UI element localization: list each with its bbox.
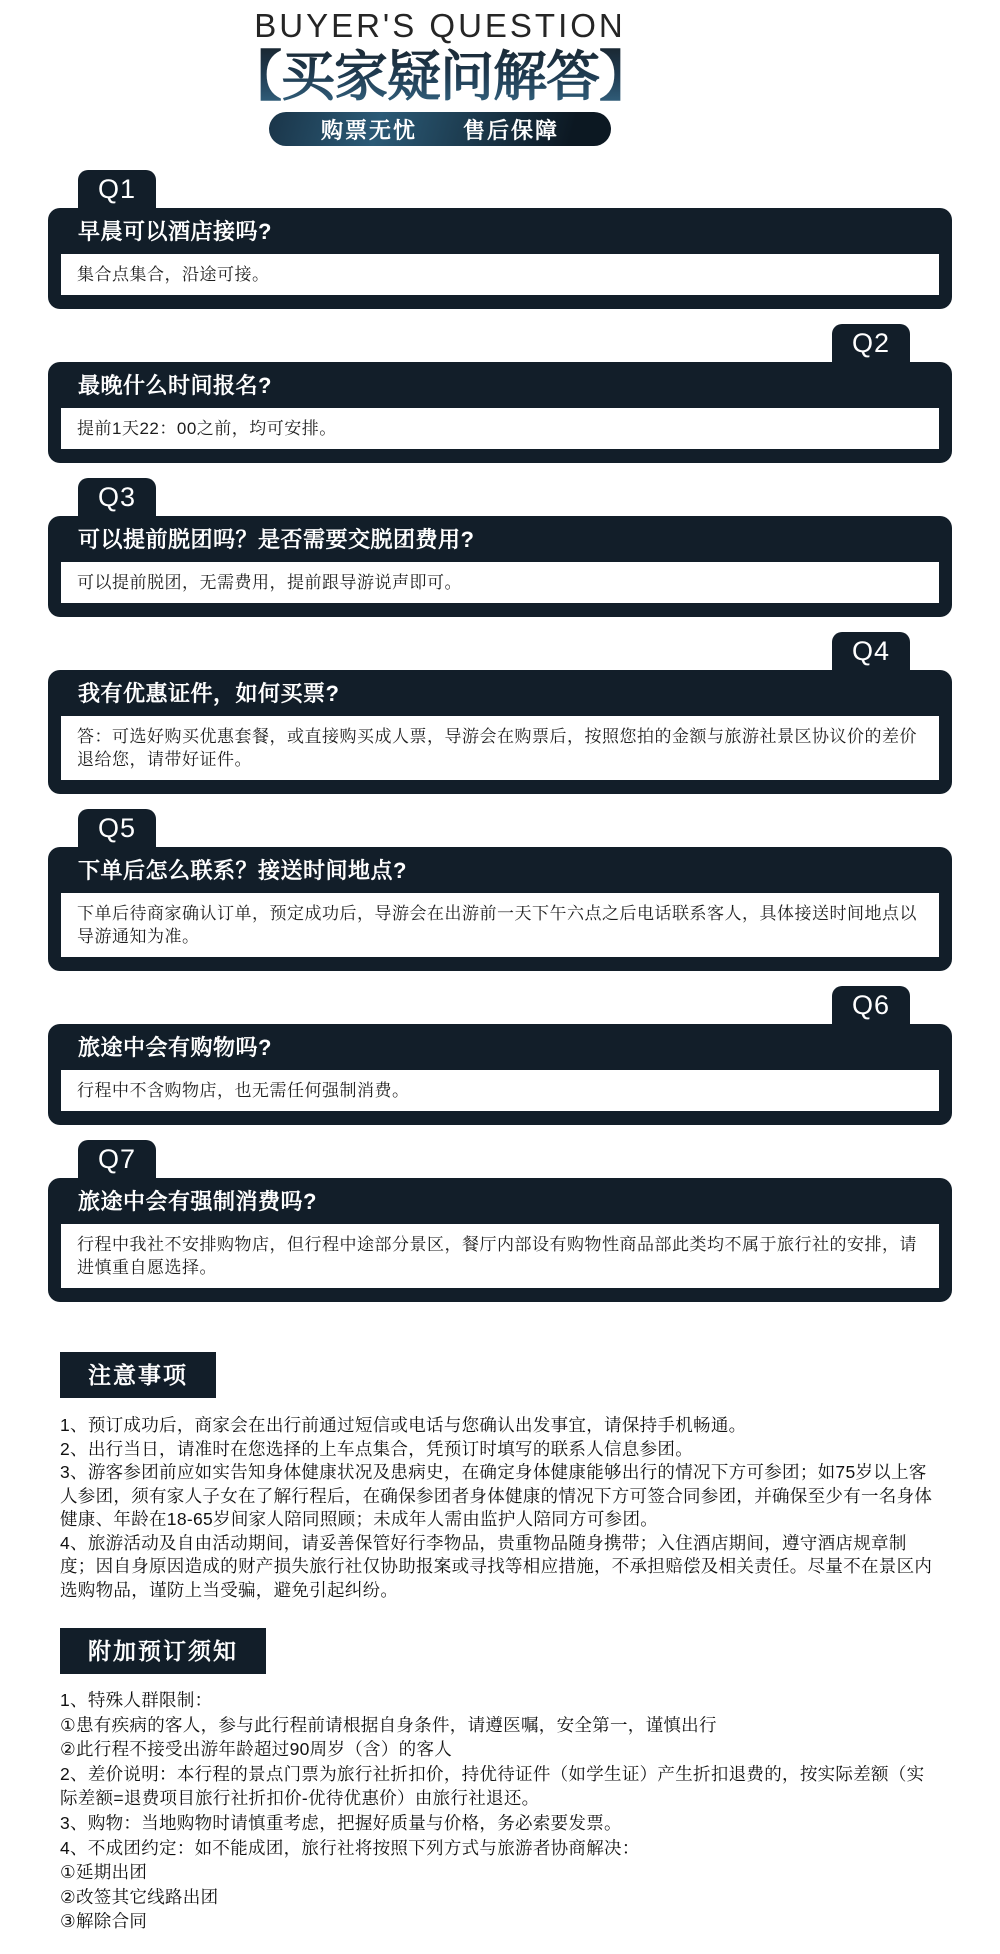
notice-item: 1、预订成功后，商家会在出行前通过短信或电话与您确认出发事宜，请保持手机畅通。: [60, 1414, 940, 1438]
booking-item: 2、差价说明：本行程的景点门票为旅行社折扣价，持优待证件（如学生证）产生折扣退费…: [60, 1762, 940, 1811]
q1-answer-text: 集合点集合，沿途可接。: [77, 263, 923, 286]
notice-title: 注意事项: [88, 1362, 188, 1388]
q6-panel: 旅途中会有购物吗? 行程中不含购物店，也无需任何强制消费。: [48, 1024, 952, 1125]
q2-answer-panel: 提前1天22：00之前，均可安排。: [61, 408, 939, 449]
header-subtitle: BUYER'S QUESTION: [0, 6, 880, 46]
q1-tab-label: Q1: [98, 174, 136, 205]
booking-item: 3、购物：当地购物时请慎重考虑，把握好质量与价格，务必索要发票。: [60, 1811, 940, 1836]
booking-item: ①延期出团: [60, 1860, 940, 1885]
q2-answer-text: 提前1天22：00之前，均可安排。: [77, 417, 923, 440]
q7-answer-panel: 行程中我社不安排购物店，但行程中途部分景区，餐厅内部设有购物性商品部此类均不属于…: [61, 1224, 939, 1288]
qa-block-q5: Q5 下单后怎么联系？接送时间地点? 下单后待商家确认订单，预定成功后，导游会在…: [48, 809, 952, 971]
guarantee-pill: 购票无忧 售后保障: [269, 112, 611, 146]
q3-tab: Q3: [78, 478, 156, 516]
q2-question: 最晚什么时间报名?: [61, 362, 939, 408]
qa-block-q1: Q1 早晨可以酒店接吗? 集合点集合，沿途可接。: [48, 170, 952, 309]
q6-tab: Q6: [832, 986, 910, 1024]
q1-panel: 早晨可以酒店接吗? 集合点集合，沿途可接。: [48, 208, 952, 309]
q7-answer-text: 行程中我社不安排购物店，但行程中途部分景区，餐厅内部设有购物性商品部此类均不属于…: [77, 1233, 923, 1279]
notice-badge: 注意事项: [60, 1352, 216, 1398]
q7-question: 旅途中会有强制消费吗?: [61, 1178, 939, 1224]
q5-answer-text: 下单后待商家确认订单，预定成功后，导游会在出游前一天下午六点之后电话联系客人，具…: [77, 902, 923, 948]
q3-panel: 可以提前脱团吗？是否需要交脱团费用? 可以提前脱团，无需费用，提前跟导游说声即可…: [48, 516, 952, 617]
q5-tab-label: Q5: [98, 813, 136, 844]
q4-panel: 我有优惠证件，如何买票? 答：可选好购买优惠套餐，或直接购买成人票，导游会在购票…: [48, 670, 952, 794]
booking-item: ③解除合同: [60, 1909, 940, 1934]
q4-question: 我有优惠证件，如何买票?: [61, 670, 939, 716]
q2-panel: 最晚什么时间报名? 提前1天22：00之前，均可安排。: [48, 362, 952, 463]
q5-panel: 下单后怎么联系？接送时间地点? 下单后待商家确认订单，预定成功后，导游会在出游前…: [48, 847, 952, 971]
booking-item: 4、不成团约定：如不能成团，旅行社将按照下列方式与旅游者协商解决：: [60, 1836, 940, 1861]
q3-answer-text: 可以提前脱团，无需费用，提前跟导游说声即可。: [77, 571, 923, 594]
notice-item: 4、旅游活动及自由活动期间，请妥善保管好行李物品，贵重物品随身携带；入住酒店期间…: [60, 1532, 940, 1603]
qa-block-q4: Q4 我有优惠证件，如何买票? 答：可选好购买优惠套餐，或直接购买成人票，导游会…: [48, 632, 952, 794]
booking-list: 1、特殊人群限制： ①患有疾病的客人，参与此行程前请根据自身条件，请遵医嘱，安全…: [60, 1688, 940, 1934]
qa-block-q3: Q3 可以提前脱团吗？是否需要交脱团费用? 可以提前脱团，无需费用，提前跟导游说…: [48, 478, 952, 617]
q1-tab: Q1: [78, 170, 156, 208]
q3-answer-panel: 可以提前脱团，无需费用，提前跟导游说声即可。: [61, 562, 939, 603]
q3-tab-label: Q3: [98, 482, 136, 513]
page-title: 【买家疑问解答】: [228, 48, 652, 106]
qa-block-q2: Q2 最晚什么时间报名? 提前1天22：00之前，均可安排。: [48, 324, 952, 463]
q6-tab-label: Q6: [852, 990, 890, 1021]
qa-block-q7: Q7 旅途中会有强制消费吗? 行程中我社不安排购物店，但行程中途部分景区，餐厅内…: [48, 1140, 952, 1302]
notice-item: 3、游客参团前应如实告知身体健康状况及患病史，在确定身体健康能够出行的情况下方可…: [60, 1461, 940, 1532]
q2-tab-label: Q2: [852, 328, 890, 359]
q6-answer-panel: 行程中不含购物店，也无需任何强制消费。: [61, 1070, 939, 1111]
booking-item: 1、特殊人群限制：: [60, 1688, 940, 1713]
q5-question: 下单后怎么联系？接送时间地点?: [61, 847, 939, 893]
q7-panel: 旅途中会有强制消费吗? 行程中我社不安排购物店，但行程中途部分景区，餐厅内部设有…: [48, 1178, 952, 1302]
q4-tab-label: Q4: [852, 636, 890, 667]
q4-tab: Q4: [832, 632, 910, 670]
q5-tab: Q5: [78, 809, 156, 847]
q1-question: 早晨可以酒店接吗?: [61, 208, 939, 254]
qa-block-q6: Q6 旅途中会有购物吗? 行程中不含购物店，也无需任何强制消费。: [48, 986, 952, 1125]
q7-tab-label: Q7: [98, 1144, 136, 1175]
notice-list: 1、预订成功后，商家会在出行前通过短信或电话与您确认出发事宜，请保持手机畅通。 …: [60, 1414, 940, 1602]
pill-label-right: 售后保障: [463, 114, 559, 145]
pill-label-left: 购票无忧: [321, 114, 417, 145]
booking-item: ②改签其它线路出团: [60, 1885, 940, 1910]
q4-answer-text: 答：可选好购买优惠套餐，或直接购买成人票，导游会在购票后，按照您拍的金额与旅游社…: [77, 725, 923, 771]
booking-item: ②此行程不接受出游年龄超过90周岁（含）的客人: [60, 1737, 940, 1762]
notice-item: 2、出行当日，请准时在您选择的上车点集合，凭预订时填写的联系人信息参团。: [60, 1438, 940, 1462]
q7-tab: Q7: [78, 1140, 156, 1178]
q6-answer-text: 行程中不含购物店，也无需任何强制消费。: [77, 1079, 923, 1102]
q2-tab: Q2: [832, 324, 910, 362]
q3-question: 可以提前脱团吗？是否需要交脱团费用?: [61, 516, 939, 562]
q4-answer-panel: 答：可选好购买优惠套餐，或直接购买成人票，导游会在购票后，按照您拍的金额与旅游社…: [61, 716, 939, 780]
q6-question: 旅途中会有购物吗?: [61, 1024, 939, 1070]
booking-item: ①患有疾病的客人，参与此行程前请根据自身条件，请遵医嘱，安全第一，谨慎出行: [60, 1713, 940, 1738]
booking-title: 附加预订须知: [88, 1638, 238, 1664]
q5-answer-panel: 下单后待商家确认订单，预定成功后，导游会在出游前一天下午六点之后电话联系客人，具…: [61, 893, 939, 957]
page-header: BUYER'S QUESTION 【买家疑问解答】 购票无忧 售后保障: [0, 0, 880, 146]
q1-answer-panel: 集合点集合，沿途可接。: [61, 254, 939, 295]
booking-badge: 附加预订须知: [60, 1628, 266, 1674]
